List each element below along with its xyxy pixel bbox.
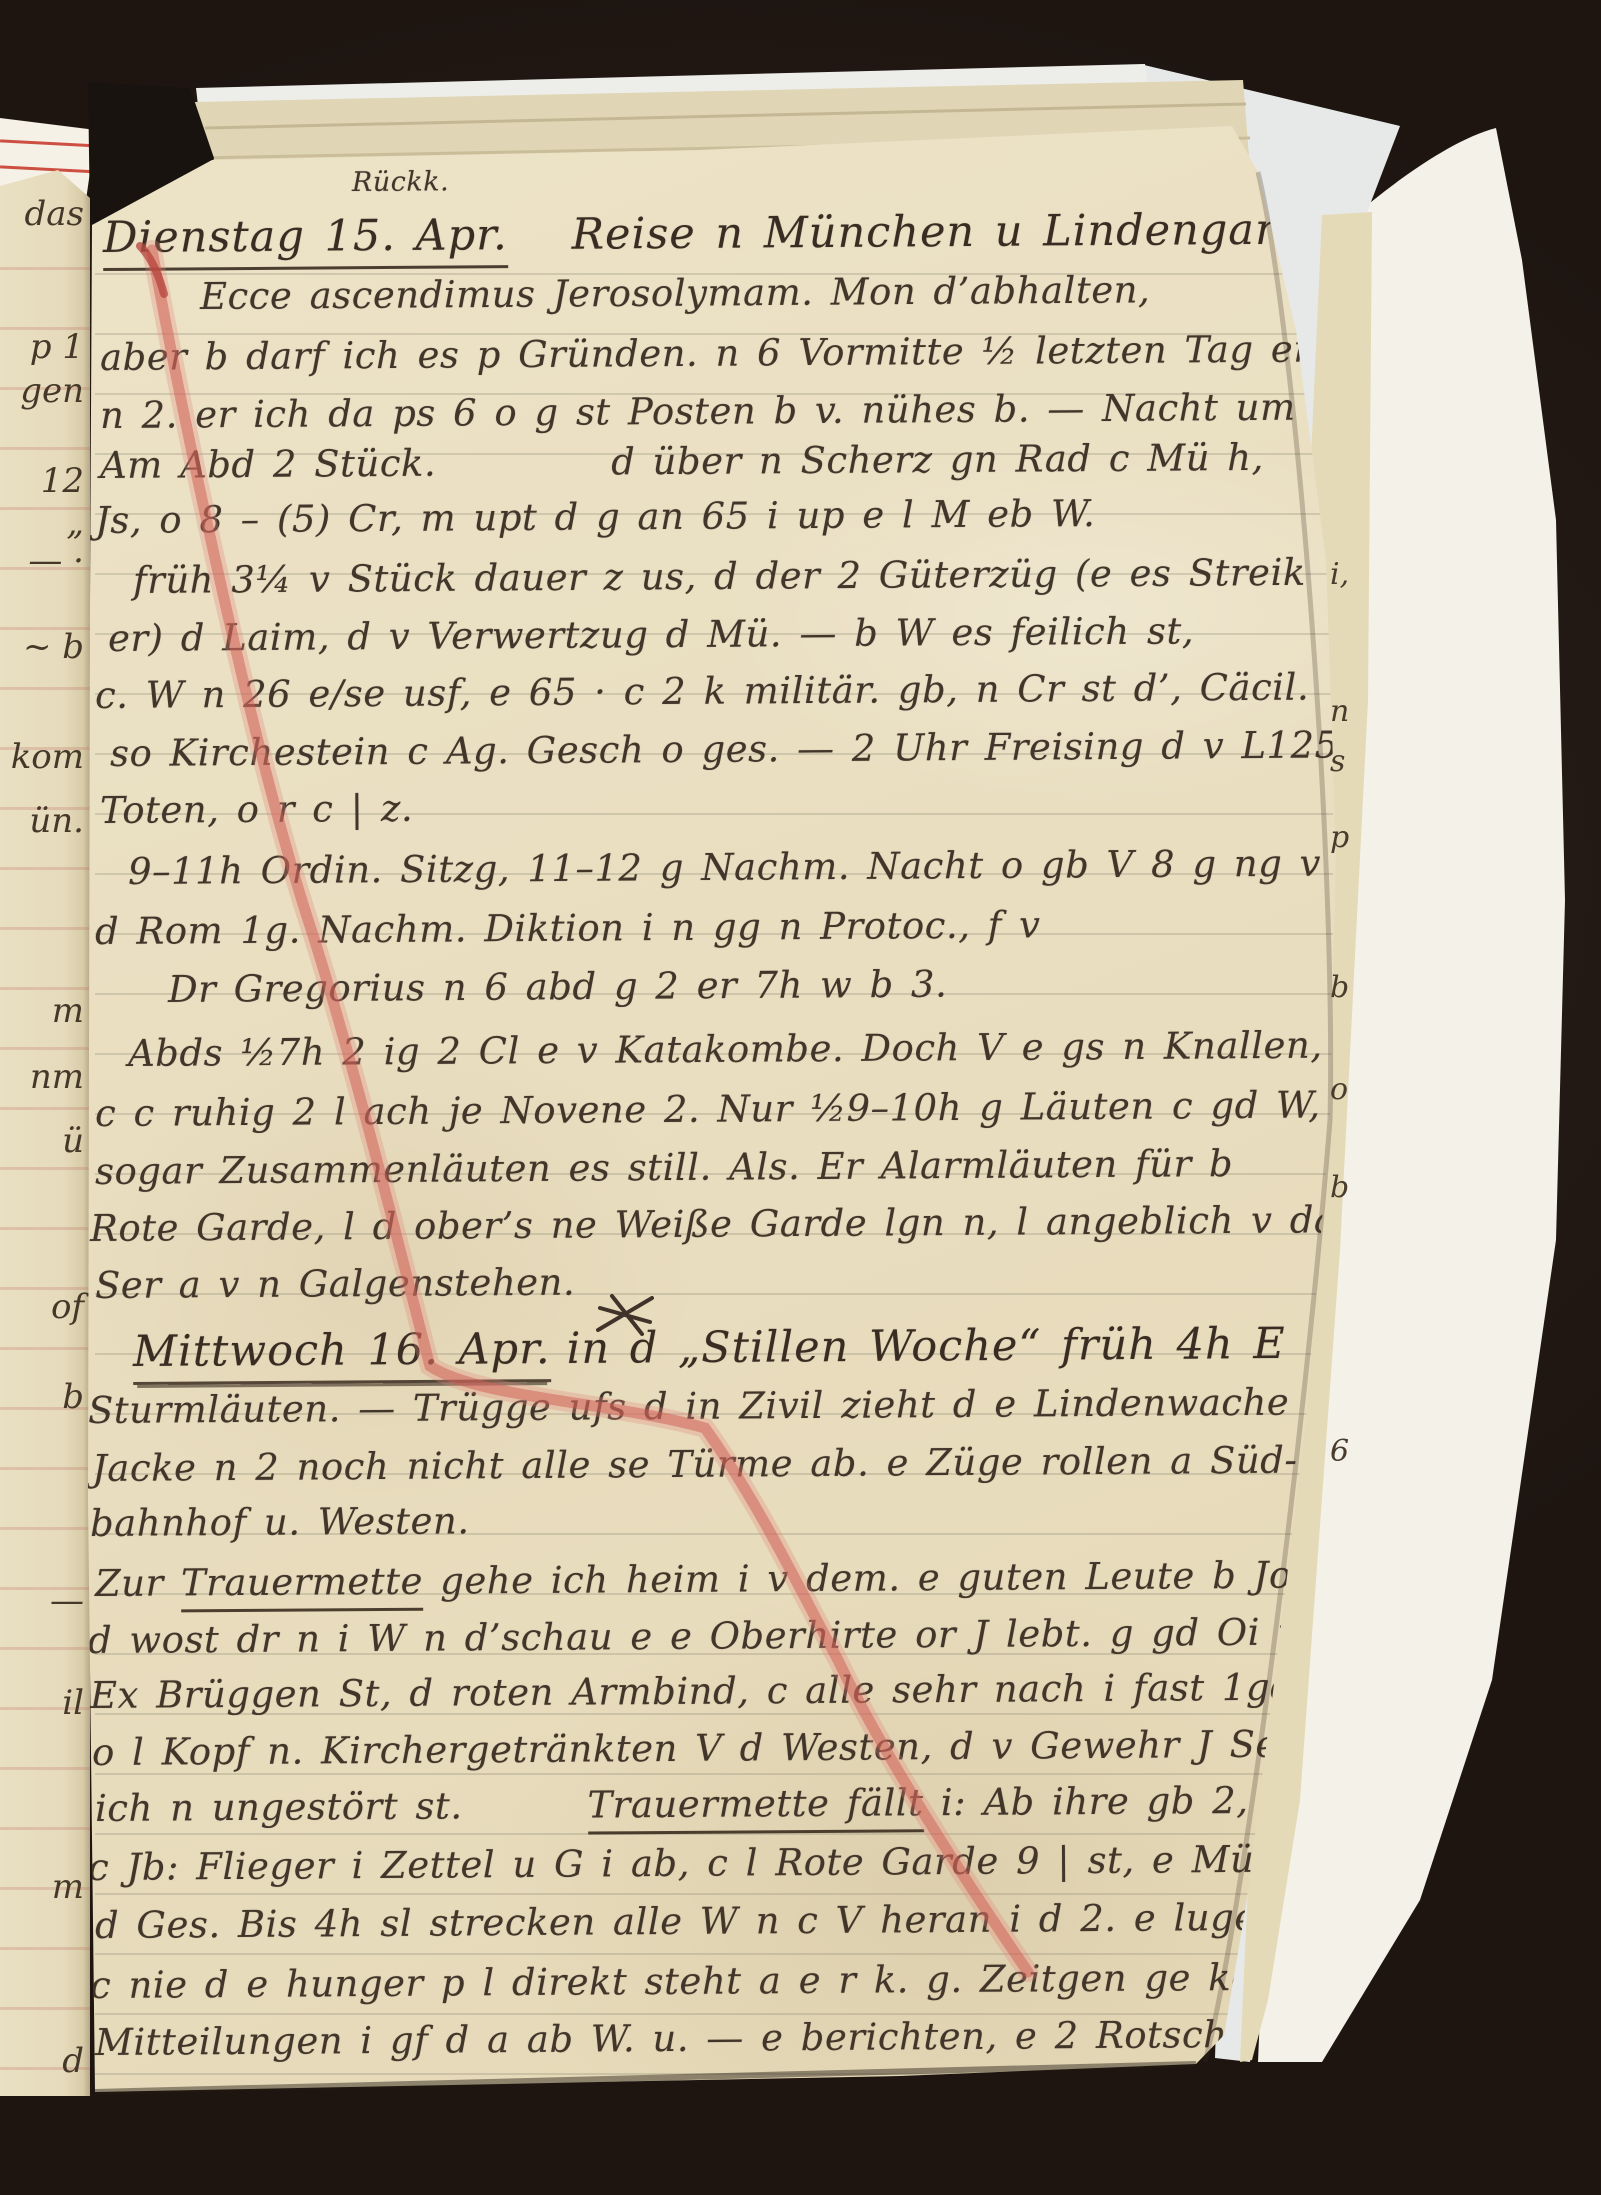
handwritten-line: 9–11h Ordin. Sitzg, 11–12 g Nachm. Nacht…	[128, 845, 1321, 892]
text-segment: Jacke n 2 noch nicht alle se Türme ab. e…	[92, 1439, 1298, 1490]
handwritten-line: c nie d e hunger p l direkt steht a e r …	[90, 1958, 1348, 2006]
under-page-fragment: p	[1330, 823, 1364, 853]
handwritten-line: d Ges. Bis 4h sl strecken alle W n c V h…	[95, 1898, 1367, 1946]
under-page-fragment: 6	[1330, 1437, 1364, 1467]
handwritten-line: Sturmläuten. — Trügge ufs d in Zivil zie…	[88, 1384, 1290, 1431]
handwritten-line: ich n ungestört st.Trauermette fällt i: …	[95, 1782, 1249, 1829]
handwritten-line: d Rom 1g. Nachm. Diktion i n gg n Protoc…	[95, 906, 1041, 951]
text-segment: d über n Scherz gn Rad c Mü h,	[611, 436, 1264, 484]
handwritten-line: Am Abd 2 Stück.d über n Scherz gn Rad c …	[100, 439, 1264, 486]
handwritten-line: bahnhof u. Westen.	[90, 1502, 470, 1543]
text-segment: c. W n 26 e/se usf, e 65 · c 2 k militär…	[95, 666, 1309, 717]
handwritten-line: c. W n 26 e/se usf, e 65 · c 2 k militär…	[95, 669, 1309, 716]
strip-fragment: kom	[11, 740, 84, 774]
handwritten-line: Dr Gregorius n 6 abd g 2 er 7h w b 3.	[168, 966, 948, 1010]
text-segment: d Ges. Bis 4h sl strecken alle W n c V h…	[95, 1895, 1367, 1947]
strip-fragment: „	[66, 506, 84, 540]
text-segment: sogar Zusammenläuten es still. Als. Er A…	[95, 1142, 1233, 1193]
entry-heading-line: Mittwoch 16. Apr.in d „Stillen Woche“ fr…	[133, 1322, 1286, 1375]
text-segment: in d „Stillen Woche“ früh 4h E	[566, 1319, 1285, 1374]
handwritten-line: aber b darf ich es p Gründen. n 6 Vormit…	[100, 330, 1320, 377]
handwritten-line: Jacke n 2 noch nicht alle se Türme ab. e…	[92, 1442, 1298, 1489]
handwritten-line: sogar Zusammenläuten es still. Als. Er A…	[95, 1145, 1233, 1192]
handwritten-line: c Jb: Flieger i Zettel u G i ab, c l Rot…	[88, 1840, 1443, 1888]
text-segment: Rückk.	[352, 166, 449, 198]
strip-fragment: m	[52, 994, 84, 1028]
strip-fragment: d	[62, 2044, 84, 2078]
handwritten-line: d wost dr n i W n d’schau e e Oberhirte …	[88, 1612, 1467, 1660]
handwritten-line: o l Kopf n. Kirchergetränkten V d Westen…	[92, 1725, 1446, 1773]
text-segment: so Kirchestein c Ag. Gesch o ges. — 2 Uh…	[110, 723, 1339, 775]
text-segment: Sturmläuten. — Trügge ufs d in Zivil zie…	[88, 1381, 1290, 1432]
under-page-fragment: o	[1330, 1075, 1364, 1105]
strip-fragment: m	[52, 1870, 84, 1904]
previous-page-strip: dasp 1gen12„— ·~ bkomün.mnmüofb—ilmd	[0, 170, 90, 2096]
text-segment: bahnhof u. Westen.	[90, 1499, 470, 1545]
strip-fragment: ü	[62, 1124, 84, 1158]
handwritten-line: Zur Trauermette gehe ich heim i v dem. e…	[95, 1556, 1316, 1603]
under-page-fragment: b	[1330, 973, 1364, 1003]
text-segment: aber b darf ich es p Gründen. n 6 Vormit…	[100, 327, 1320, 379]
strip-fragment: ün.	[29, 804, 84, 838]
text-segment: Dr Gregorius n 6 abd g 2 er 7h w b 3.	[168, 963, 948, 1011]
photographed-diary-scene: { "colors": { "backdrop": "#261c16", "pa…	[0, 0, 1601, 2195]
text-segment: c nie d e hunger p l direkt steht a e r …	[90, 1955, 1348, 2007]
handwritten-line: Js, o 8 – (5) Cr, m upt d g an 65 i up e…	[95, 495, 1096, 541]
under-page-fragment: n	[1330, 697, 1364, 727]
underlined-text: Trauermette fällt	[587, 1781, 923, 1834]
handwritten-line: n 2. er ich da ps 6 o g st Posten b v. n…	[100, 387, 1473, 435]
text-segment: Zur	[95, 1561, 181, 1605]
entry-heading-line: Dienstag 15. Apr.Reise n München u Linde…	[103, 207, 1365, 261]
text-segment: c c ruhig 2 l ach je Novene 2. Nur ½9–10…	[95, 1083, 1321, 1135]
text-segment: er) d Laim, d v Verwertzug d Mü. — b W e…	[108, 609, 1194, 660]
text-segment: Am Abd 2 Stück.	[100, 442, 436, 487]
handwritten-line: Ecce ascendimus Jerosolymam. Mon d’abhal…	[200, 271, 1151, 316]
strip-fragment: gen	[20, 374, 84, 408]
under-page-fragment: i,	[1330, 560, 1364, 590]
handwritten-line: Toten, o r c | z.	[100, 790, 413, 831]
text-segment: Ecce ascendimus Jerosolymam. Mon d’abhal…	[200, 268, 1151, 318]
strip-fragment: nm	[30, 1060, 84, 1094]
text-segment: i: Ab ihre gb 2,	[923, 1779, 1248, 1824]
strip-fragment: das	[25, 197, 84, 231]
strip-fragment: —	[50, 1584, 84, 1618]
underlined-text: Mittwoch 16. Apr.	[133, 1324, 551, 1385]
text-segment: Ser a v n Galgenstehen.	[95, 1261, 575, 1307]
handwritten-line: so Kirchestein c Ag. Gesch o ges. — 2 Uh…	[110, 726, 1339, 773]
text-segment: Toten, o r c | z.	[100, 787, 413, 832]
underlined-text: Trauermette	[181, 1560, 423, 1613]
text-segment: Reise n München u Lindengarten,	[571, 204, 1364, 260]
handwritten-line: Abds ½7h 2 ig 2 Cl e v Katakombe. Doch V…	[128, 1027, 1323, 1074]
strip-fragment: — ·	[28, 544, 84, 578]
underlined-text: Dienstag 15. Apr.	[103, 210, 508, 271]
handwritten-line: er) d Laim, d v Verwertzug d Mü. — b W e…	[108, 612, 1194, 658]
text-segment: ich n ungestört st.	[95, 1784, 463, 1830]
strip-fragment: 12	[41, 464, 84, 498]
under-page-fragment: b	[1330, 1173, 1364, 1203]
strip-fragment: il	[62, 1686, 84, 1720]
handwritten-line: Rückk.	[352, 168, 449, 197]
under-page-fragment: s	[1330, 747, 1364, 777]
strip-fragment: p 1	[30, 330, 84, 364]
handwritten-line: früh 3¼ v Stück dauer z us, d der 2 Güte…	[133, 554, 1306, 601]
handwritten-line: Rote Garde, l d ober’s ne Weiße Garde lg…	[90, 1201, 1429, 1249]
handwritten-line: Ser a v n Galgenstehen.	[95, 1264, 575, 1306]
handwritten-line: Ex Brüggen St, d roten Armbind, c alle s…	[90, 1667, 1476, 1716]
text-segment: d Rom 1g. Nachm. Diktion i n gg n Protoc…	[95, 903, 1041, 953]
strip-fragment: of	[51, 1290, 84, 1324]
handwritten-line: c c ruhig 2 l ach je Novene 2. Nur ½9–10…	[95, 1086, 1321, 1133]
text-segment: Js, o 8 – (5) Cr, m upt d g an 65 i up e…	[95, 492, 1096, 542]
strip-fragment: ~ b	[23, 630, 84, 664]
text-segment: gehe ich heim i v dem. e guten Leute b J…	[423, 1553, 1316, 1602]
strip-fragment: b	[62, 1380, 84, 1414]
text-segment: 9–11h Ordin. Sitzg, 11–12 g Nachm. Nacht…	[128, 842, 1321, 893]
text-segment: Abds ½7h 2 ig 2 Cl e v Katakombe. Doch V…	[128, 1024, 1323, 1075]
text-segment: früh 3¼ v Stück dauer z us, d der 2 Güte…	[133, 551, 1306, 602]
